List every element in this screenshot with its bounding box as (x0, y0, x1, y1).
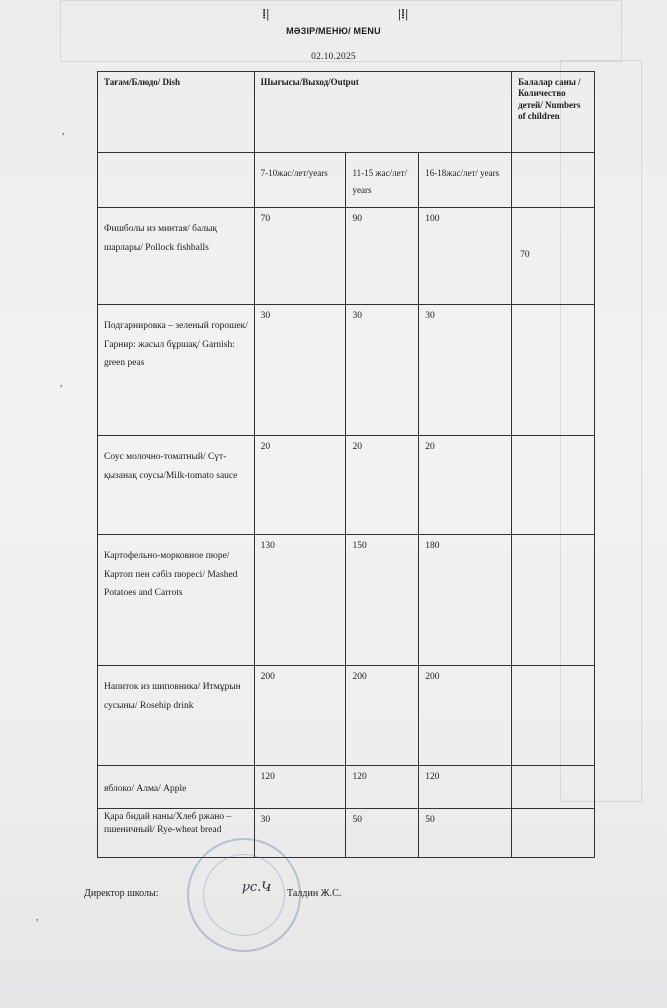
value-cell: 100 (419, 208, 512, 305)
dish-cell: яблоко/ Алма/ Apple (98, 766, 255, 809)
value-cell: 120 (346, 766, 419, 809)
value-cell: 200 (254, 666, 346, 766)
dish-cell: Соус молочно-томатный/ Сүт-қызанақ соусы… (98, 436, 255, 535)
value-cell: 30 (419, 305, 512, 436)
table-row: Қара бидай наны/Хлеб ржано – пшеничный/ … (98, 809, 595, 858)
scan-speck: , (62, 126, 65, 137)
staple-mark: ⁞| (262, 6, 269, 22)
empty-cell (512, 809, 595, 858)
document-date: 02.10.2025 (0, 52, 667, 62)
dish-cell: Напиток из шиповника/ Итмұрын сусыны/ Ro… (98, 666, 255, 766)
menu-table: Тағам/Блюдо/ Dish Шығысы/Выход/Output Ба… (97, 71, 595, 858)
table-row: Картофельно-морковное пюре/ Картоп пен с… (98, 535, 595, 666)
header-age-16-18: 16-18жас/лет/ years (419, 153, 512, 208)
value-cell: 200 (346, 666, 419, 766)
subheader-empty (98, 153, 255, 208)
empty-cell (512, 766, 595, 809)
value-cell: 70 (254, 208, 346, 305)
value-cell: 20 (346, 436, 419, 535)
empty-cell (512, 535, 595, 666)
director-name: Талдин Ж.С. (287, 888, 341, 899)
director-label: Директор школы: (84, 888, 158, 899)
value-cell: 180 (419, 535, 512, 666)
header-age-7-10: 7-10жас/лет/years (254, 153, 346, 208)
header-output: Шығысы/Выход/Output (254, 72, 511, 153)
value-cell: 200 (419, 666, 512, 766)
table-subheader-row: 7-10жас/лет/years 11-15 жас/лет/ years 1… (98, 153, 595, 208)
director-signature: ꝩc.Կ (242, 880, 272, 895)
table-row: Напиток из шиповника/ Итмұрын сусыны/ Ro… (98, 666, 595, 766)
table-row: яблоко/ Алма/ Apple 120 120 120 (98, 766, 595, 809)
value-cell: 120 (419, 766, 512, 809)
header-age-11-15: 11-15 жас/лет/ years (346, 153, 419, 208)
value-cell: 90 (346, 208, 419, 305)
value-cell: 20 (254, 436, 346, 535)
value-cell: 30 (346, 305, 419, 436)
scan-speck: , (60, 378, 63, 389)
header-dish: Тағам/Блюдо/ Dish (98, 72, 255, 153)
empty-cell (512, 305, 595, 436)
table-row: Подгарнировка – зеленый горошек/ Гарнир:… (98, 305, 595, 436)
empty-cell (512, 436, 595, 535)
school-stamp (187, 838, 301, 952)
dish-cell: Картофельно-морковное пюре/ Картоп пен с… (98, 535, 255, 666)
children-count-cell: 70 (512, 208, 595, 305)
value-cell: 20 (419, 436, 512, 535)
table-row: Фишболы из минтая/ балық шарлары/ Polloc… (98, 208, 595, 305)
scan-speck: , (36, 912, 39, 923)
value-cell: 130 (254, 535, 346, 666)
table-row: Соус молочно-томатный/ Сүт-қызанақ соусы… (98, 436, 595, 535)
value-cell: 120 (254, 766, 346, 809)
value-cell: 150 (346, 535, 419, 666)
empty-cell (512, 666, 595, 766)
dish-cell: Фишболы из минтая/ балық шарлары/ Polloc… (98, 208, 255, 305)
staple-mark: |⁞| (398, 6, 408, 22)
header-children: Балалар саны /Количество детей/ Numbers … (512, 72, 595, 153)
value-cell: 30 (254, 305, 346, 436)
value-cell: 50 (419, 809, 512, 858)
subheader-children-empty (512, 153, 595, 208)
document-title: МӘЗІР/МЕНЮ/ MENU (0, 26, 667, 36)
value-cell: 50 (346, 809, 419, 858)
dish-cell: Подгарнировка – зеленый горошек/ Гарнир:… (98, 305, 255, 436)
table-header-row: Тағам/Блюдо/ Dish Шығысы/Выход/Output Ба… (98, 72, 595, 153)
